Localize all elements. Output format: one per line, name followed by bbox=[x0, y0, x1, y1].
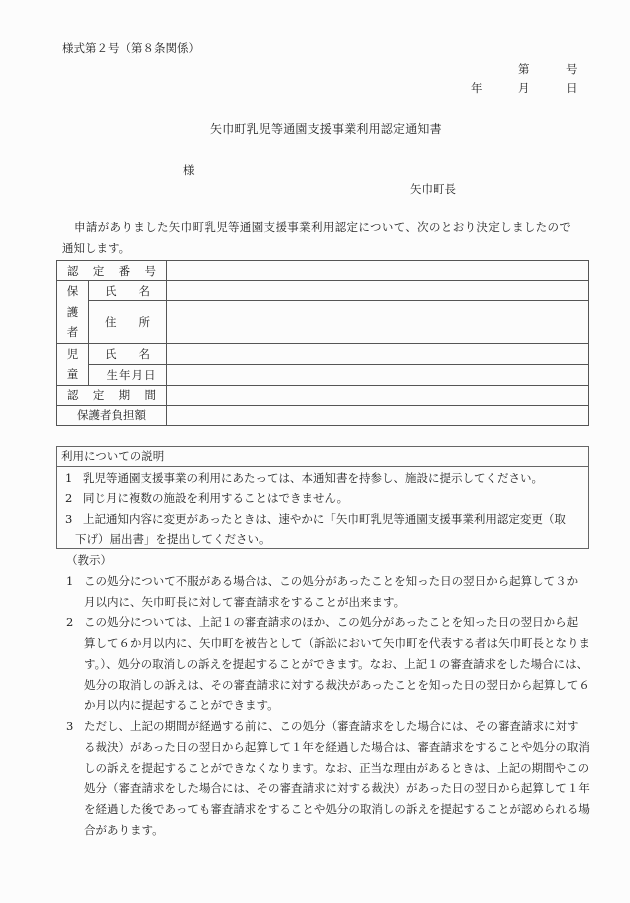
row-guardian-address: 住所 bbox=[57, 301, 589, 343]
instruction-continuation: 月以内に、矢巾町長に対して審査請求をすることが出来ます。 bbox=[66, 592, 590, 613]
instruction-continuation: る裁決）があった日の翌日から起算して１年を経過した場合は、審査請求をすることや処… bbox=[66, 737, 590, 758]
label-guardian-name: 氏名 bbox=[89, 281, 167, 301]
value-guardian-address[interactable] bbox=[167, 301, 589, 343]
row-cert-number: 認 定 番 号 bbox=[57, 261, 589, 281]
instruction-continuation: 合があります。 bbox=[66, 820, 590, 841]
usage-note-item: 2同じ月に複数の施設を利用することはできません。 bbox=[57, 488, 588, 508]
intro-line-1: 申請がありました矢巾町乳児等通園支援事業利用認定について、次のとおり決定しました… bbox=[74, 220, 571, 234]
row-guardian-cost: 保護者負担額 bbox=[57, 405, 589, 425]
label-cert-number: 認 定 番 号 bbox=[57, 261, 167, 281]
usage-note-continuation: 下げ）届出書」を提出してください。 bbox=[57, 529, 588, 549]
label-guardian-group: 保 護 者 bbox=[57, 281, 89, 344]
document-title: 矢巾町乳児等通園支援事業利用認定通知書 bbox=[210, 122, 442, 136]
instruction-continuation: を経過した後であっても審査請求をすることや処分の取消しの訴えを提起することが認め… bbox=[66, 799, 590, 820]
usage-notes-box: 利用についての説明 1乳児等通園支援事業の利用にあたっては、本通知書を持参し、施… bbox=[56, 446, 589, 549]
instruction-continuation: す。）、処分の取消しの訴えを提起することができます。なお、上記１の審査請求をした… bbox=[66, 654, 590, 675]
value-guardian-cost[interactable] bbox=[167, 405, 589, 425]
instruction-continuation: か月以内に提起することができます。 bbox=[66, 695, 590, 716]
value-cert-number[interactable] bbox=[167, 261, 589, 281]
date-year: 年 bbox=[471, 81, 483, 95]
usage-note-item: 3上記通知内容に変更があったときは、速やかに「矢巾町乳児等通園支援事業利用認定変… bbox=[57, 509, 588, 529]
doc-number-prefix: 第 bbox=[518, 62, 530, 76]
value-child-birthdate[interactable] bbox=[167, 364, 589, 385]
label-child-group: 児 童 bbox=[57, 343, 89, 385]
label-cert-period: 認 定 期 間 bbox=[57, 385, 167, 405]
row-child-birthdate: 生年月日 bbox=[57, 364, 589, 385]
label-child-name: 氏名 bbox=[89, 343, 167, 364]
instruction-item: 3ただし、上記の期間が経過する前に、この処分（審査請求をした場合には、その審査請… bbox=[66, 716, 590, 737]
value-cert-period[interactable] bbox=[167, 385, 589, 405]
form-number: 様式第２号（第８条関係） bbox=[62, 41, 200, 55]
label-child-birthdate: 生年月日 bbox=[89, 364, 167, 385]
instruction-continuation: しの訴えを提起することができなくなります。なお、正当な理由があるときは、上記の期… bbox=[66, 758, 590, 779]
instruction-continuation: 処分（審査請求をした場合には、その審査請求に対する裁決）があった日の翌日から起算… bbox=[66, 778, 590, 799]
addressee-suffix: 様 bbox=[183, 163, 195, 177]
usage-notes-heading: 利用についての説明 bbox=[57, 447, 588, 467]
value-guardian-name[interactable] bbox=[167, 281, 589, 301]
label-guardian-address: 住所 bbox=[89, 301, 167, 343]
row-cert-period: 認 定 期 間 bbox=[57, 385, 589, 405]
instruction-item: 1この処分について不服がある場合は、この処分があったことを知った日の翌日から起算… bbox=[66, 571, 590, 592]
label-guardian-cost: 保護者負担額 bbox=[57, 405, 167, 425]
instruction-section: （教示） 1この処分について不服がある場合は、この処分があったことを知った日の翌… bbox=[66, 550, 590, 841]
row-guardian-name: 保 護 者 氏名 bbox=[57, 281, 589, 301]
row-child-name: 児 童 氏名 bbox=[57, 343, 589, 364]
issuer: 矢巾町長 bbox=[410, 182, 456, 196]
usage-note-item: 1乳児等通園支援事業の利用にあたっては、本通知書を持参し、施設に提示してください… bbox=[57, 468, 588, 488]
intro-line-2: 通知します。 bbox=[62, 241, 130, 255]
instruction-item: 2この処分については、上記１の審査請求のほか、この処分があったことを知った日の翌… bbox=[66, 612, 590, 633]
doc-number-suffix: 号 bbox=[566, 62, 578, 76]
date-day: 日 bbox=[566, 81, 578, 95]
instruction-continuation: 算して６か月以内に、矢巾町を被告として（訴訟において矢巾町を代表する者は矢巾町長… bbox=[66, 633, 590, 654]
certification-table: 認 定 番 号 保 護 者 氏名 住所 bbox=[56, 260, 589, 426]
instruction-continuation: 処分の取消しの訴えは、その審査請求に対する裁決があったことを知った日の翌日から起… bbox=[66, 675, 590, 696]
instruction-heading: （教示） bbox=[66, 550, 590, 571]
date-month: 月 bbox=[518, 81, 530, 95]
value-child-name[interactable] bbox=[167, 343, 589, 364]
